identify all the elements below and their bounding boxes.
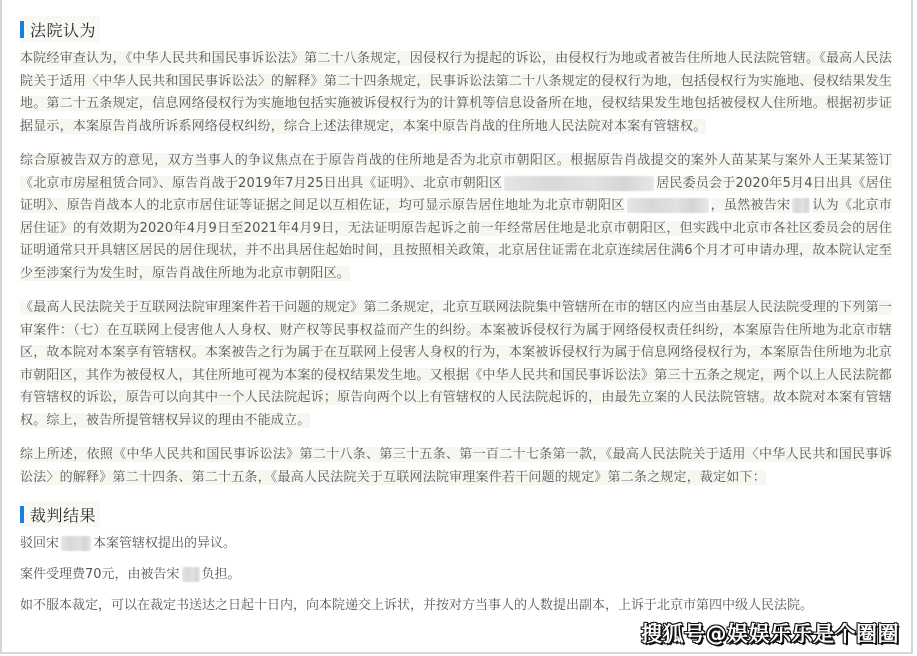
redacted-name-block bbox=[182, 567, 200, 582]
opinion-paragraph-4: 综上所述，依照《中华人民共和国民事诉讼法》第二十八条、第三十五条、第一百二十七条… bbox=[20, 444, 892, 489]
redacted-name-block bbox=[61, 536, 91, 551]
section-heading-text: 裁判结果 bbox=[30, 503, 96, 526]
section-heading-court-opinion: 法院认为 bbox=[20, 16, 100, 42]
judgment-line-2: 案件受理费70元，由被告宋负担。 bbox=[20, 564, 892, 586]
redacted-address-block bbox=[504, 176, 654, 191]
judgment-line-3: 如不服本裁定，可以在裁定书送达之日起十日内，向本院递交上诉状，并按对方当事人的人… bbox=[20, 595, 892, 617]
judgment-line-1: 驳回宋本案管辖权提出的异议。 bbox=[20, 533, 892, 555]
heading-accent-bar bbox=[20, 506, 24, 523]
redacted-name-block bbox=[792, 198, 810, 213]
redacted-address-block bbox=[627, 198, 709, 213]
opinion-paragraph-3: 《最高人民法院关于互联网法院审理案件若干问题的规定》第二条规定，北京互联网法院集… bbox=[20, 297, 892, 432]
heading-accent-bar bbox=[20, 21, 24, 38]
opinion-paragraph-2: 综合原被告双方的意见，双方当事人的争议焦点在于原告肖战的住所地是否为北京市朝阳区… bbox=[20, 150, 892, 285]
opinion-paragraph-1: 本院经审查认为，《中华人民共和国民事诉讼法》第二十八条规定，因侵权行为提起的诉讼… bbox=[20, 48, 892, 138]
section-heading-text: 法院认为 bbox=[30, 18, 96, 41]
document-frame: 法院认为 本院经审查认为，《中华人民共和国民事诉讼法》第二十八条规定，因侵权行为… bbox=[0, 0, 913, 654]
sohu-watermark: 搜狐号@娱娱乐乐是个圈圈 bbox=[641, 618, 899, 648]
section-heading-judgment: 裁判结果 bbox=[20, 501, 100, 527]
document-content: 法院认为 本院经审查认为，《中华人民共和国民事诉讼法》第二十八条规定，因侵权行为… bbox=[20, 14, 892, 626]
